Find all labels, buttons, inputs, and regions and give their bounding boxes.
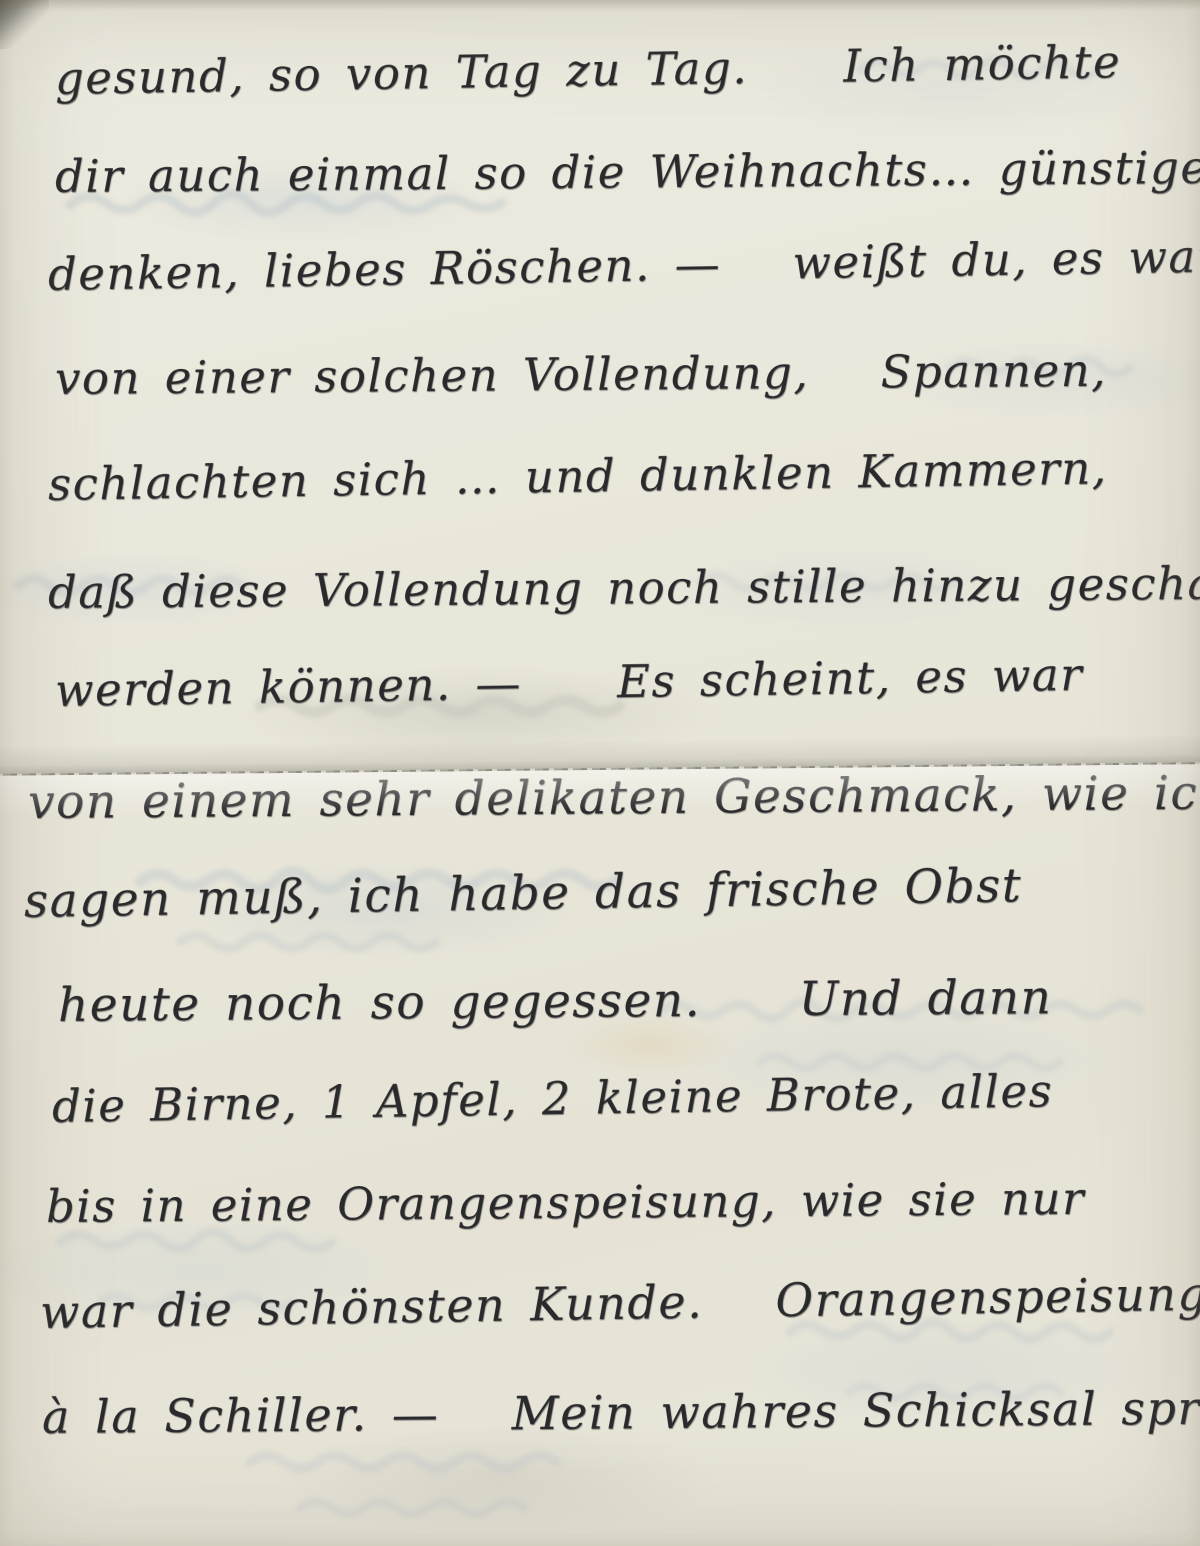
handwriting-line: werden können. — Es scheint, es war bbox=[55, 648, 1084, 717]
handwriting-line: bis in eine Orangenspeisung, wie sie nur bbox=[46, 1172, 1085, 1233]
handwriting-line: sagen muß, ich habe das frische Obst bbox=[24, 858, 1023, 929]
handwriting-line: dir auch einmal so die Weihnachts… günst… bbox=[55, 141, 1200, 203]
fold-crease bbox=[0, 734, 1200, 836]
handwriting-line: heute noch so gegessen. Und dann bbox=[58, 970, 1053, 1033]
handwriting-line: war die schönsten Kunde. Orangenspeisung bbox=[40, 1267, 1200, 1339]
handwriting-line: daß diese Vollendung noch stille hinzu g… bbox=[48, 556, 1200, 619]
handwriting-line: die Birne, 1 Apfel, 2 kleine Brote, alle… bbox=[52, 1064, 1054, 1133]
letter-page: gesund, so von Tag zu Tag. Ich möchte di… bbox=[0, 0, 1200, 1546]
handwriting-line: von einer solchen Vollendung, Spannen, bbox=[55, 344, 1107, 405]
handwriting-line: gesund, so von Tag zu Tag. Ich möchte bbox=[55, 35, 1122, 105]
handwriting-line: à la Schiller. — Mein wahres Schicksal s… bbox=[42, 1380, 1200, 1444]
paper-top-edge-shading bbox=[0, 0, 1200, 10]
handwriting-line: schlachten sich … und dunklen Kammern, bbox=[48, 441, 1108, 511]
handwriting-line: denken, liebes Röschen. — weißt du, es w… bbox=[48, 230, 1200, 301]
